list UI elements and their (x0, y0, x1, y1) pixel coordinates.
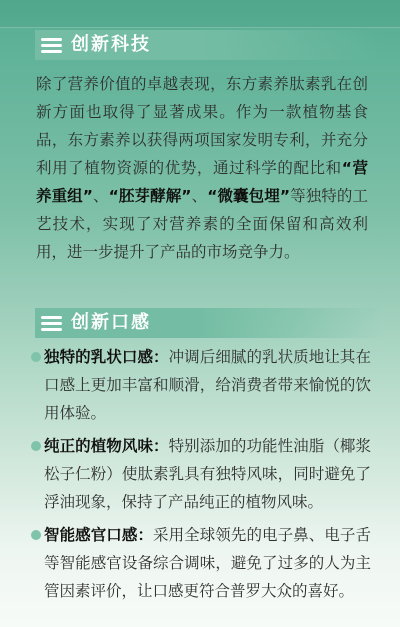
bullet-dot-icon (31, 530, 41, 540)
bullet-lead: 智能感官口感： (44, 526, 153, 544)
paragraph-text: 除了营养价值的卓越表现，东方素养肽素乳在创新方面也取得了显著成果。作为一款植物基… (36, 75, 368, 177)
highlight-term: “胚芽酵解” (109, 187, 192, 205)
tech-paragraph: 除了营养价值的卓越表现，东方素养肽素乳在创新方面也取得了显著成果。作为一款植物基… (36, 70, 368, 266)
paragraph-text: 、 (93, 187, 109, 205)
bullet-item: 纯正的植物风味：特别添加的功能性油脂（椰浆松子仁粉）使肽素乳具有独特风味，同时避… (31, 432, 371, 516)
section-header-tech: 创新科技 (35, 30, 400, 60)
page-background: 创新科技 除了营养价值的卓越表现，东方素养肽素乳在创新方面也取得了显著成果。作为… (0, 0, 400, 627)
bullet-dot-icon (31, 441, 41, 451)
hamburger-icon (41, 316, 62, 331)
section-title-taste: 创新口感 (71, 308, 151, 338)
bullet-lead: 独特的乳状口感： (44, 348, 169, 366)
highlight-term: “微囊包埋” (207, 187, 290, 205)
bullet-item: 智能感官口感：采用全球领先的电子鼻、电子舌等智能感官设备综合调味，避免了过多的人… (31, 521, 371, 605)
bullet-item: 独特的乳状口感：冲调后细腻的乳状质地让其在口感上更加丰富和顺滑，给消费者带来愉悦… (31, 343, 371, 427)
top-strip (0, 0, 400, 28)
bullet-dot-icon (31, 352, 41, 362)
section-header-taste: 创新口感 (35, 308, 400, 338)
bullet-lead: 纯正的植物风味： (44, 437, 169, 455)
hamburger-icon (41, 38, 62, 53)
paragraph-text: 、 (192, 187, 208, 205)
taste-bullet-list: 独特的乳状口感：冲调后细腻的乳状质地让其在口感上更加丰富和顺滑，给消费者带来愉悦… (31, 343, 371, 610)
section-title-tech: 创新科技 (71, 30, 151, 60)
